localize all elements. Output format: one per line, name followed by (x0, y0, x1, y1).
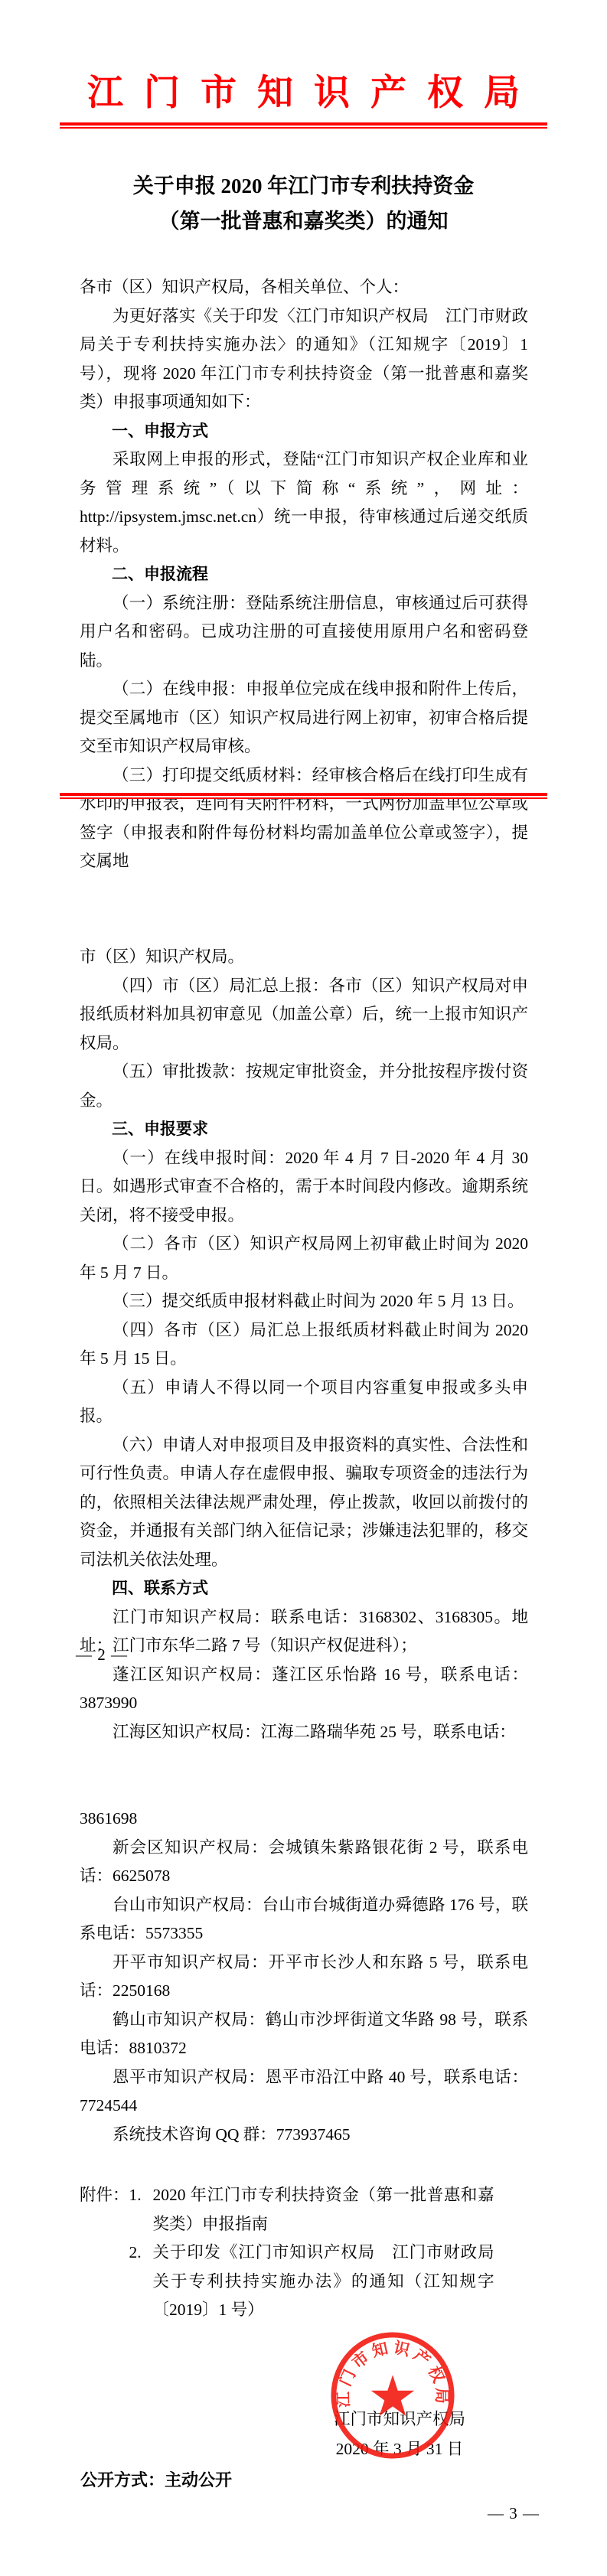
paragraph-step4: （四）市（区）局汇总上报：各市（区）知识产权局对申报纸质材料加具初审意见（加盖公… (80, 972, 528, 1058)
page1-footer-double-rule (60, 793, 547, 799)
attachment-item: 2. 关于印发《江门市知识产权局 江门市财政局关于专利扶持实施办法》的通知（江知… (129, 2239, 528, 2325)
heading-contact-info: 四、联系方式 (80, 1574, 528, 1603)
paragraph-method: 采取网上申报的形式，登陆“江门市知识产权企业库和业务管理系统”（以下简称“系统”… (80, 445, 528, 560)
page1-body: 各市（区）知识产权局，各相关单位、个人： 为更好落实《关于印发〈江门市知识产权局… (80, 273, 528, 876)
paragraph-step5: （五）审批拨款：按规定审批资金，并分批按程序拨付资金。 (80, 1058, 528, 1115)
official-document: 江门市知识产权局 关于申报 2020 年江门市专利扶持资金 （第一批普惠和嘉奖类… (0, 0, 607, 2576)
contact-xinhui: 新会区知识产权局：会城镇朱紫路银花街 2 号，联系电话：6625078 (80, 1834, 528, 1891)
signature-block: 江门市知识产权局 2020 年 3 月 31 日 (323, 2405, 476, 2464)
contact-pengjiang: 蓬江区知识产权局：蓬江区乐怡路 16 号，联系电话：3873990 (80, 1661, 528, 1718)
heading-application-process: 二、申报流程 (80, 560, 528, 589)
document-title-line1: 关于申报 2020 年江门市专利扶持资金 (0, 174, 607, 197)
contact-jiangmen: 江门市知识产权局：联系电话：3168302、3168305。地址：江门市东华二路… (80, 1603, 528, 1661)
requirement-5: （五）申请人不得以同一个项目内容重复申报或多头申报。 (80, 1374, 528, 1431)
seal-arc-text: 江门市知识产权局 (335, 2338, 451, 2408)
heading-application-method: 一、申报方式 (80, 417, 528, 446)
requirement-1: （一）在线申报时间：2020 年 4 月 7 日-2020 年 4 月 30 日… (80, 1144, 528, 1231)
requirement-3: （三）提交纸质申报材料截止时间为 2020 年 5 月 13 日。 (80, 1287, 528, 1316)
salutation: 各市（区）知识产权局，各相关单位、个人： (80, 273, 528, 302)
contact-jianghai-phone-continuation: 3861698 (80, 1805, 528, 1834)
attachment-number: 2. (129, 2239, 153, 2325)
document-title-line2: （第一批普惠和嘉奖类）的通知 (0, 210, 607, 233)
attachment-title: 关于印发《江门市知识产权局 江门市财政局关于专利扶持实施办法》的通知（江知规字〔… (153, 2239, 494, 2325)
paragraph-step3: （三）打印提交纸质材料：经审核合格后在线打印生成有水印的申报表，连同有关附件材料… (80, 761, 528, 876)
page-number-3: — 3 — (488, 2504, 540, 2523)
letterhead-double-rule (60, 122, 547, 129)
attachments-block: 附件： 1. 2020 年江门市专利扶持资金（第一批普惠和嘉奖类）申报指南 2.… (80, 2181, 528, 2325)
paragraph-step2: （二）在线申报：申报单位完成在线申报和附件上传后，提交至属地市（区）知识产权局进… (80, 675, 528, 761)
page-number-2: — 2 — (76, 1645, 128, 1665)
contact-enping: 恩平市知识产权局：恩平市沿江中路 40 号，联系电话：7724544 (80, 2063, 528, 2121)
page2-body: 市（区）知识产权局。 （四）市（区）局汇总上报：各市（区）知识产权局对申报纸质材… (80, 943, 528, 1746)
letterhead-agency-name: 江门市知识产权局 (0, 64, 607, 116)
paragraph-step3-continuation: 市（区）知识产权局。 (80, 943, 528, 972)
attachment-item: 1. 2020 年江门市专利扶持资金（第一批普惠和嘉奖类）申报指南 (129, 2181, 528, 2239)
intro-paragraph: 为更好落实《关于印发〈江门市知识产权局 江门市财政局关于专利扶持实施办法〉的通知… (80, 302, 528, 417)
requirement-4: （四）各市（区）局汇总上报纸质材料截止时间为 2020 年 5 月 15 日。 (80, 1316, 528, 1374)
signature-date: 2020 年 3 月 31 日 (323, 2434, 476, 2464)
contact-taishan: 台山市知识产权局：台山市台城街道办舜德路 176 号，联系电话：5573355 (80, 1891, 528, 1948)
requirement-2: （二）各市（区）知识产权局网上初审截止时间为 2020 年 5 月 7 日。 (80, 1230, 528, 1287)
attachments-label: 附件： (80, 2181, 129, 2325)
requirement-6: （六）申请人对申报项目及申报资料的真实性、合法性和可行性负责。申请人存在虚假申报… (80, 1431, 528, 1575)
contact-jianghai: 江海区知识产权局：江海二路瑞华苑 25 号，联系电话： (80, 1718, 528, 1747)
attachment-number: 1. (129, 2181, 153, 2239)
heading-application-requirements: 三、申报要求 (80, 1115, 528, 1144)
contact-heshan: 鹤山市知识产权局：鹤山市沙坪街道文华路 98 号，联系电话：8810372 (80, 2006, 528, 2063)
qq-group-line: 系统技术咨询 QQ 群：773937465 (80, 2121, 528, 2150)
signature-agency: 江门市知识产权局 (323, 2405, 476, 2434)
paragraph-step1: （一）系统注册：登陆系统注册信息，审核通过后可获得用户名和密码。已成功注册的可直… (80, 589, 528, 676)
attachments-list: 1. 2020 年江门市专利扶持资金（第一批普惠和嘉奖类）申报指南 2. 关于印… (129, 2181, 528, 2325)
disclosure-method: 公开方式：主动公开 (80, 2467, 232, 2491)
page3-body: 3861698 新会区知识产权局：会城镇朱紫路银花街 2 号，联系电话：6625… (80, 1805, 528, 2325)
attachment-title: 2020 年江门市专利扶持资金（第一批普惠和嘉奖类）申报指南 (153, 2181, 494, 2239)
contact-kaiping: 开平市知识产权局：开平市长沙人和东路 5 号，联系电话：2250168 (80, 1948, 528, 2006)
